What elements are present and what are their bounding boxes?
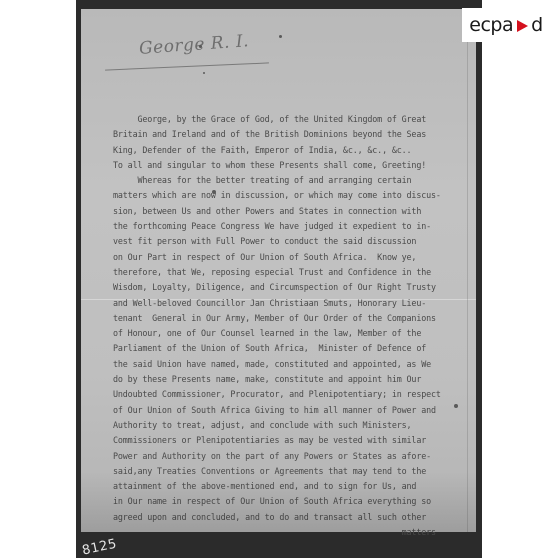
negative-number: 8125 (81, 537, 118, 558)
text-line: therefore, that We, reposing especial Tr… (113, 265, 482, 280)
text-line: on Our Part in respect of Our Union of S… (113, 250, 482, 265)
text-line: matters (113, 525, 482, 540)
text-line: of Honour, one of Our Counsel learned in… (113, 326, 482, 341)
text-line: do by these Presents name, make, constit… (113, 372, 482, 387)
text-line: To all and singular to whom these Presen… (113, 158, 482, 173)
text-line: Commissioners or Plenipotentiaries as ma… (113, 433, 482, 448)
text-line: in Our name in respect of Our Union of S… (113, 494, 482, 509)
text-line: Power and Authority on the part of any P… (113, 449, 482, 464)
text-line: the said Union have named, made, constit… (113, 357, 482, 372)
text-line: Undoubted Commissioner, Procurator, and … (113, 387, 482, 402)
text-line: vest fit person with Full Power to condu… (113, 234, 482, 249)
text-line: and Well-beloved Councillor Jan Christia… (113, 296, 482, 311)
text-line: Parliament of the Union of South Africa,… (113, 341, 482, 356)
text-line: King, Defender of the Faith, Emperor of … (113, 143, 482, 158)
logo-text-left: ecpa (469, 14, 513, 36)
text-line: the forthcoming Peace Congress We have j… (113, 219, 482, 234)
text-line: attainment of the above-mentioned end, a… (113, 479, 482, 494)
dust-spot (199, 45, 202, 48)
text-line: tenant General in Our Army, Member of Ou… (113, 311, 482, 326)
text-line: Britain and Ireland and of the British D… (113, 127, 482, 142)
dust-spot (279, 35, 282, 38)
play-triangle-icon (517, 20, 528, 32)
letters-patent-text: George, by the Grace of God, of the Unit… (113, 112, 482, 540)
text-line: agreed upon and concluded, and to do and… (113, 510, 482, 525)
text-line: of Our Union of South Africa Giving to h… (113, 403, 482, 418)
text-line: Wisdom, Loyalty, Diligence, and Circumsp… (113, 280, 482, 295)
dust-spot (203, 72, 205, 74)
dust-spot (454, 404, 458, 408)
text-line: sion, between Us and other Powers and St… (113, 204, 482, 219)
paper-sheet: George R. I. George, by the Grace of God… (81, 9, 476, 532)
text-line: said,any Treaties Conventions or Agreeme… (113, 464, 482, 479)
royal-signature: George R. I. (138, 31, 249, 59)
text-line: George, by the Grace of God, of the Unit… (113, 112, 482, 127)
ecpad-logo: ecpa d (462, 8, 550, 42)
text-line: matters which are now in discussion, or … (113, 188, 482, 203)
text-line: Authority to treat, adjust, and conclude… (113, 418, 482, 433)
dust-spot (212, 190, 216, 194)
document-photograph: George R. I. George, by the Grace of God… (76, 0, 482, 558)
text-line: Whereas for the better treating of and a… (113, 173, 482, 188)
logo-text-right: d (531, 14, 543, 36)
signature-flourish (105, 62, 269, 70)
